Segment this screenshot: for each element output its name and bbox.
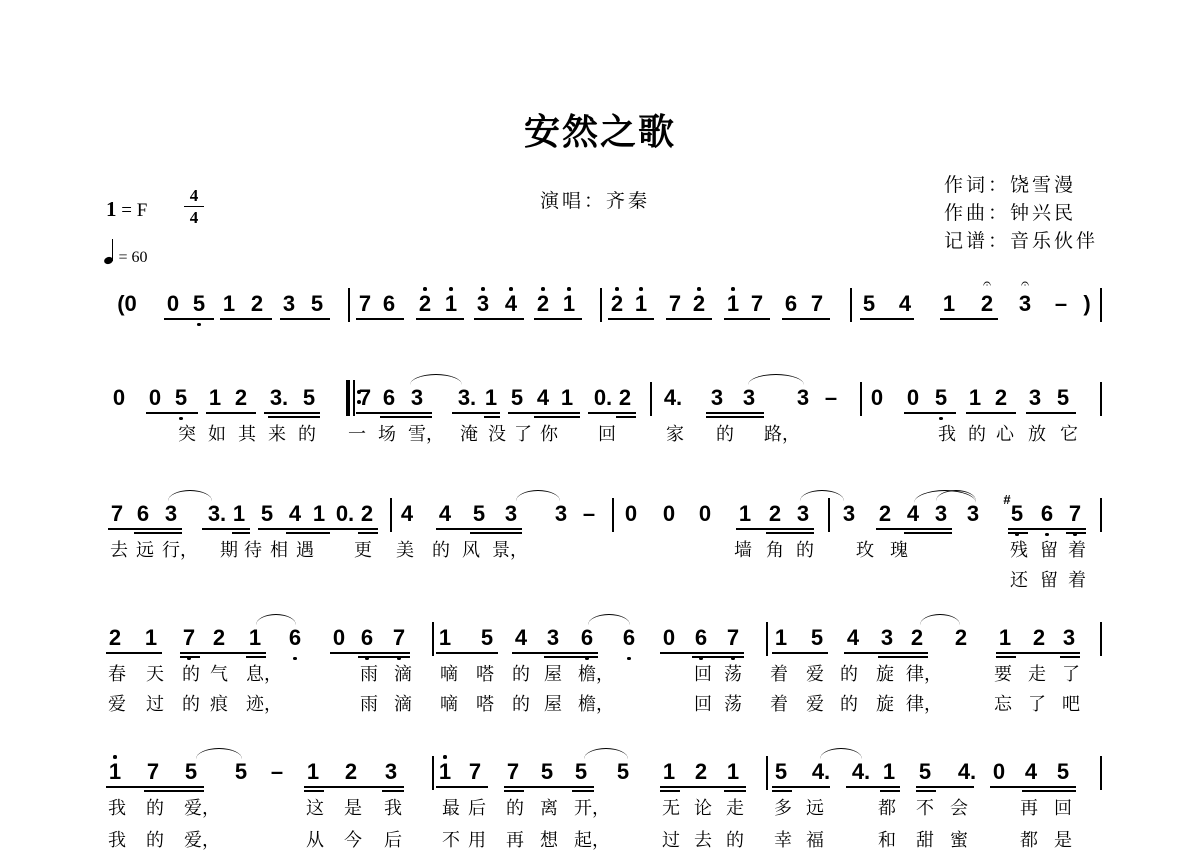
barline bbox=[432, 622, 434, 656]
barline bbox=[432, 756, 434, 790]
note: 5 bbox=[232, 760, 250, 784]
beam-underline bbox=[904, 532, 952, 534]
lyric-char: 开， bbox=[574, 798, 610, 820]
note: 3 bbox=[162, 502, 180, 526]
high-octave-dot bbox=[567, 287, 571, 291]
note: 0 bbox=[660, 626, 678, 650]
beam-underline bbox=[356, 412, 432, 414]
beam-underline bbox=[660, 790, 680, 792]
beam-underline bbox=[470, 532, 522, 534]
lyric-char: 福 bbox=[806, 830, 826, 850]
barline bbox=[766, 622, 768, 656]
lyric-char: 风 bbox=[462, 540, 482, 562]
note: 3 bbox=[1060, 626, 1078, 650]
lyric-char: 要 bbox=[994, 664, 1014, 686]
high-octave-dot bbox=[615, 287, 619, 291]
lyric-char: 不 bbox=[916, 798, 936, 820]
lyric-char: 天 bbox=[146, 664, 166, 686]
beam-underline bbox=[766, 532, 814, 534]
note: 1 bbox=[106, 760, 124, 784]
beam-underline bbox=[996, 652, 1080, 654]
note: 1 bbox=[966, 386, 984, 410]
lyric-char: 期 bbox=[220, 540, 240, 562]
lyric-char: 瑰 bbox=[890, 540, 910, 562]
lyric-char: 多 bbox=[774, 798, 794, 820]
note: 6 bbox=[358, 626, 376, 650]
note: 7 bbox=[144, 760, 162, 784]
lyric-char: 离 bbox=[540, 798, 560, 820]
beam-underline bbox=[246, 656, 266, 658]
lyric-char: 气 bbox=[210, 664, 230, 686]
note: 1 bbox=[724, 760, 742, 784]
note: 3. bbox=[264, 386, 294, 410]
lyric-char: 去 bbox=[694, 830, 714, 850]
beam-underline bbox=[1008, 528, 1086, 530]
beam-underline bbox=[436, 786, 488, 788]
note: 7 bbox=[466, 760, 484, 784]
lyric-char: 一 bbox=[348, 424, 368, 446]
lyric-char: 过 bbox=[662, 830, 682, 850]
note: 2 bbox=[952, 626, 970, 650]
note: 7 bbox=[748, 292, 766, 316]
beam-underline bbox=[916, 786, 974, 788]
beam-underline bbox=[508, 412, 580, 414]
low-octave-dot bbox=[179, 417, 183, 421]
lyric-char: 的 bbox=[298, 424, 318, 446]
lyric-char: 爱 bbox=[806, 664, 826, 686]
lyric-char: 我 bbox=[108, 830, 128, 850]
lyric-char: 它 bbox=[1060, 424, 1080, 446]
low-octave-dot bbox=[627, 657, 631, 661]
beam-underline bbox=[692, 656, 744, 658]
lyric-char: 息， bbox=[246, 664, 282, 686]
lyric-char: 的 bbox=[840, 664, 860, 686]
lyric-char: 着 bbox=[1068, 540, 1088, 562]
note: 3 bbox=[878, 626, 896, 650]
note: 0 bbox=[330, 626, 348, 650]
beam-underline bbox=[106, 652, 162, 654]
note: 1 bbox=[142, 626, 160, 650]
high-octave-dot bbox=[697, 287, 701, 291]
beam-underline bbox=[504, 790, 524, 792]
lyric-char: 相 bbox=[270, 540, 290, 562]
beam-underline bbox=[940, 318, 998, 320]
beam-underline bbox=[220, 318, 272, 320]
high-octave-dot bbox=[639, 287, 643, 291]
lyric-char: 回 bbox=[694, 694, 714, 716]
barline bbox=[612, 498, 614, 532]
note: 1 bbox=[660, 760, 678, 784]
lyric-char: 去 bbox=[110, 540, 130, 562]
note: 4 bbox=[512, 626, 530, 650]
note: 2 bbox=[608, 292, 626, 316]
lyric-char: 后 bbox=[468, 798, 488, 820]
note: 2 bbox=[692, 760, 710, 784]
time-signature: 4 4 bbox=[184, 186, 204, 227]
note: 4 bbox=[534, 386, 552, 410]
note: 7 bbox=[1066, 502, 1084, 526]
note: 1 bbox=[632, 292, 650, 316]
note: – bbox=[1052, 292, 1070, 316]
lyric-char: 的 bbox=[716, 424, 736, 446]
fermata-icon: 𝄐 bbox=[1016, 276, 1034, 292]
high-octave-dot bbox=[113, 755, 117, 759]
lyric-char: 爱 bbox=[108, 694, 128, 716]
lyric-char: 着 bbox=[770, 694, 790, 716]
slur bbox=[800, 490, 844, 501]
repeat-dot bbox=[357, 400, 361, 404]
note: 0 bbox=[146, 386, 164, 410]
note: 5 bbox=[614, 760, 632, 784]
low-octave-dot bbox=[197, 323, 201, 327]
note: 3 bbox=[932, 502, 950, 526]
note: – bbox=[580, 502, 598, 526]
note: 4. bbox=[658, 386, 688, 410]
lyric-char: 蜜 bbox=[950, 830, 970, 850]
note: 3 bbox=[794, 386, 812, 410]
beam-underline bbox=[474, 318, 524, 320]
lyric-char: 的 bbox=[182, 664, 202, 686]
beam-underline bbox=[202, 528, 250, 530]
lyric-char: 了 bbox=[514, 424, 534, 446]
note: 1 bbox=[772, 626, 790, 650]
note: 5 bbox=[1054, 760, 1072, 784]
note: 3 bbox=[1026, 386, 1044, 410]
lyric-char: 淹 bbox=[460, 424, 480, 446]
lyric-char: 了 bbox=[1028, 694, 1048, 716]
barline bbox=[650, 382, 652, 416]
note: 3 bbox=[708, 386, 726, 410]
note: 5 bbox=[538, 760, 556, 784]
barline bbox=[390, 498, 392, 532]
note: 5 bbox=[190, 292, 208, 316]
lyric-char: 的 bbox=[512, 664, 532, 686]
note: 1 bbox=[310, 502, 328, 526]
lyric-char: 最 bbox=[442, 798, 462, 820]
note: 4 bbox=[398, 502, 416, 526]
note: 3. bbox=[202, 502, 232, 526]
note: 3 bbox=[408, 386, 426, 410]
beam-underline bbox=[280, 318, 330, 320]
lyric-char: 是 bbox=[344, 798, 364, 820]
note: – bbox=[268, 760, 286, 784]
beam-underline bbox=[258, 528, 330, 530]
lyric-char: 我 bbox=[384, 798, 404, 820]
lyric-char: 家 bbox=[666, 424, 686, 446]
lyric-char: 是 bbox=[1054, 830, 1074, 850]
note: 5 bbox=[572, 760, 590, 784]
lyric-char: 你 bbox=[540, 424, 560, 446]
high-octave-dot bbox=[509, 287, 513, 291]
lyric-char: 甜 bbox=[916, 830, 936, 850]
note: 4 bbox=[436, 502, 454, 526]
beam-underline bbox=[706, 412, 764, 414]
lyric-char: 行， bbox=[162, 540, 198, 562]
lyric-char: 放 bbox=[1028, 424, 1048, 446]
beam-underline bbox=[304, 790, 324, 792]
note: 1 bbox=[230, 502, 248, 526]
slur bbox=[920, 614, 960, 625]
note: 4 bbox=[904, 502, 922, 526]
note: 5 bbox=[172, 386, 190, 410]
note: 1 bbox=[304, 760, 322, 784]
lyric-char: 吧 bbox=[1062, 694, 1082, 716]
beam-underline bbox=[608, 318, 654, 320]
beam-underline bbox=[966, 412, 1016, 414]
note: 2 bbox=[1030, 626, 1048, 650]
lyric-char: 爱 bbox=[806, 694, 826, 716]
lyric-char: 爱， bbox=[184, 830, 220, 850]
lyric-char: 的 bbox=[146, 830, 166, 850]
lyric-char: 幸 bbox=[774, 830, 794, 850]
note: 1 bbox=[724, 292, 742, 316]
note: 5 bbox=[860, 292, 878, 316]
beam-underline bbox=[916, 790, 936, 792]
note: 0 bbox=[660, 502, 678, 526]
high-octave-dot bbox=[541, 287, 545, 291]
lyric-char: 的 bbox=[726, 830, 746, 850]
beam-underline bbox=[1022, 790, 1076, 792]
barline bbox=[348, 288, 350, 322]
note: 0 bbox=[868, 386, 886, 410]
beam-underline bbox=[436, 528, 522, 530]
note: 7 bbox=[108, 502, 126, 526]
note: 6 bbox=[620, 626, 638, 650]
note: 0. bbox=[588, 386, 618, 410]
beam-underline bbox=[232, 532, 250, 534]
high-octave-dot bbox=[443, 755, 447, 759]
note: 6 bbox=[286, 626, 304, 650]
barline bbox=[1100, 622, 1102, 656]
note: 4. bbox=[806, 760, 836, 784]
note: 7 bbox=[808, 292, 826, 316]
note: 0 bbox=[990, 760, 1008, 784]
lyric-char: 旋 bbox=[876, 664, 896, 686]
note: 5 bbox=[300, 386, 318, 410]
slur bbox=[584, 748, 628, 759]
key-number: 1 bbox=[106, 197, 117, 221]
note: 2 bbox=[876, 502, 894, 526]
slur bbox=[168, 490, 212, 501]
time-signature-bottom: 4 bbox=[184, 208, 204, 227]
beam-underline bbox=[382, 790, 404, 792]
note: 2 bbox=[232, 386, 250, 410]
note: 1 bbox=[482, 386, 500, 410]
lyric-char: 墙 bbox=[734, 540, 754, 562]
sharp-sign: # bbox=[1002, 488, 1012, 512]
note: 5 bbox=[478, 626, 496, 650]
note: 2 bbox=[210, 626, 228, 650]
lyric-char: 嘀 bbox=[440, 664, 460, 686]
note: 1 bbox=[996, 626, 1014, 650]
lyric-char: 想 bbox=[540, 830, 560, 850]
slur bbox=[820, 748, 862, 759]
beam-underline bbox=[706, 416, 764, 418]
barline bbox=[600, 288, 602, 322]
lyric-char: 还 bbox=[1010, 570, 1030, 592]
note: 6 bbox=[380, 386, 398, 410]
note: 5 bbox=[808, 626, 826, 650]
beam-underline bbox=[588, 412, 636, 414]
low-octave-dot bbox=[293, 657, 297, 661]
note: 1 bbox=[560, 292, 578, 316]
note: 1 bbox=[436, 760, 454, 784]
song-title: 安然之歌 bbox=[0, 104, 1200, 155]
lyric-char: 嘀 bbox=[440, 694, 460, 716]
lyric-char: 论 bbox=[694, 798, 714, 820]
note: 6 bbox=[1038, 502, 1056, 526]
tempo-marking: = 60 bbox=[104, 240, 148, 267]
slur bbox=[748, 374, 804, 385]
note: 7 bbox=[356, 292, 374, 316]
note: 1 bbox=[246, 626, 264, 650]
beam-underline bbox=[616, 416, 636, 418]
note: 2 bbox=[342, 760, 360, 784]
slur bbox=[516, 490, 560, 501]
note: 0 bbox=[110, 386, 128, 410]
lyric-char: 残 bbox=[1010, 540, 1030, 562]
beam-underline bbox=[416, 318, 464, 320]
note: 0. bbox=[330, 502, 360, 526]
lyric-char: 我 bbox=[108, 798, 128, 820]
note: 2 bbox=[616, 386, 634, 410]
key-letter: = F bbox=[117, 200, 148, 221]
note: 4. bbox=[952, 760, 982, 784]
lyric-char: 会 bbox=[950, 798, 970, 820]
lyric-char: 遇 bbox=[296, 540, 316, 562]
lyric-char: 起， bbox=[574, 830, 610, 850]
note: 1 bbox=[220, 292, 238, 316]
beam-underline bbox=[996, 656, 1016, 658]
note: 3 bbox=[382, 760, 400, 784]
lyric-char: 远 bbox=[136, 540, 156, 562]
barline bbox=[766, 756, 768, 790]
lyric-char: 律， bbox=[906, 694, 942, 716]
lyric-char: 雨 bbox=[360, 664, 380, 686]
note: 0 bbox=[904, 386, 922, 410]
lyric-char: 远 bbox=[806, 798, 826, 820]
beam-underline bbox=[660, 786, 746, 788]
lyric-char: 的 bbox=[506, 798, 526, 820]
lyric-char: 回 bbox=[694, 664, 714, 686]
beam-underline bbox=[772, 786, 830, 788]
slur bbox=[588, 614, 630, 625]
high-octave-dot bbox=[731, 287, 735, 291]
beam-underline bbox=[268, 416, 320, 418]
beam-underline bbox=[724, 790, 746, 792]
note: 3 bbox=[964, 502, 982, 526]
beam-underline bbox=[844, 652, 928, 654]
barline bbox=[860, 382, 862, 416]
lyric-char: 我 bbox=[938, 424, 958, 446]
high-octave-dot bbox=[449, 287, 453, 291]
repeat-barline-thin bbox=[353, 380, 355, 416]
note: 7 bbox=[724, 626, 742, 650]
lyric-char: 场 bbox=[378, 424, 398, 446]
note: 4 bbox=[1022, 760, 1040, 784]
beam-underline bbox=[876, 528, 952, 530]
note: 3 bbox=[794, 502, 812, 526]
beam-underline bbox=[144, 790, 204, 792]
note: (0 bbox=[112, 292, 142, 316]
lyric-char: 不 bbox=[442, 830, 462, 850]
lyric-char: 路， bbox=[764, 424, 800, 446]
note: 1 bbox=[442, 292, 460, 316]
beam-underline bbox=[504, 786, 594, 788]
lyric-char: 景， bbox=[492, 540, 528, 562]
note: 3 bbox=[280, 292, 298, 316]
beam-underline bbox=[452, 412, 500, 414]
beam-underline bbox=[660, 652, 744, 654]
note: 7 bbox=[390, 626, 408, 650]
lyric-char: 屋 bbox=[544, 694, 564, 716]
beam-underline bbox=[206, 412, 256, 414]
lyric-char: 没 bbox=[488, 424, 508, 446]
note: 3 bbox=[740, 386, 758, 410]
lyric-char: 如 bbox=[208, 424, 228, 446]
beam-underline bbox=[572, 790, 594, 792]
barline bbox=[1100, 756, 1102, 790]
barline bbox=[850, 288, 852, 322]
beam-underline bbox=[286, 532, 330, 534]
beam-underline bbox=[380, 416, 432, 418]
lyric-char: 其 bbox=[238, 424, 258, 446]
note: 7 bbox=[504, 760, 522, 784]
beam-underline bbox=[106, 786, 204, 788]
slur bbox=[256, 614, 296, 625]
note: 5 bbox=[772, 760, 790, 784]
lyric-char: 留 bbox=[1040, 570, 1060, 592]
lyric-char: 的 bbox=[432, 540, 452, 562]
note: – bbox=[822, 386, 840, 410]
beam-underline bbox=[264, 412, 320, 414]
note: 4 bbox=[844, 626, 862, 650]
note: 6 bbox=[134, 502, 152, 526]
slur bbox=[196, 748, 242, 759]
lyric-char: 美 bbox=[396, 540, 416, 562]
lyric-char: 无 bbox=[662, 798, 682, 820]
composer-credit: 作曲：钟兴民 bbox=[944, 198, 1076, 225]
beam-underline bbox=[904, 412, 956, 414]
lyric-char: 的 bbox=[182, 694, 202, 716]
beam-underline bbox=[736, 528, 814, 530]
note: 1 bbox=[940, 292, 958, 316]
beam-underline bbox=[512, 652, 598, 654]
note: 2 bbox=[690, 292, 708, 316]
beam-underline bbox=[990, 786, 1076, 788]
lyric-char: 走 bbox=[726, 798, 746, 820]
barline bbox=[1100, 288, 1102, 322]
lyric-char: 的 bbox=[146, 798, 166, 820]
repeat-dot bbox=[357, 390, 361, 394]
lyric-char: 滴 bbox=[394, 694, 414, 716]
note: 4 bbox=[286, 502, 304, 526]
note: 5 bbox=[508, 386, 526, 410]
beam-underline bbox=[880, 790, 900, 792]
lyric-char: 了 bbox=[1062, 664, 1082, 686]
lyric-char: 嗒 bbox=[476, 664, 496, 686]
beam-underline bbox=[782, 318, 830, 320]
note: ) bbox=[1078, 292, 1096, 316]
beam-underline bbox=[1060, 656, 1080, 658]
barline bbox=[1100, 498, 1102, 532]
lyric-char: 后 bbox=[384, 830, 404, 850]
high-octave-dot bbox=[481, 287, 485, 291]
note: 4. bbox=[846, 760, 876, 784]
lyric-char: 走 bbox=[1028, 664, 1048, 686]
beam-underline bbox=[358, 532, 378, 534]
beam-underline bbox=[436, 652, 498, 654]
